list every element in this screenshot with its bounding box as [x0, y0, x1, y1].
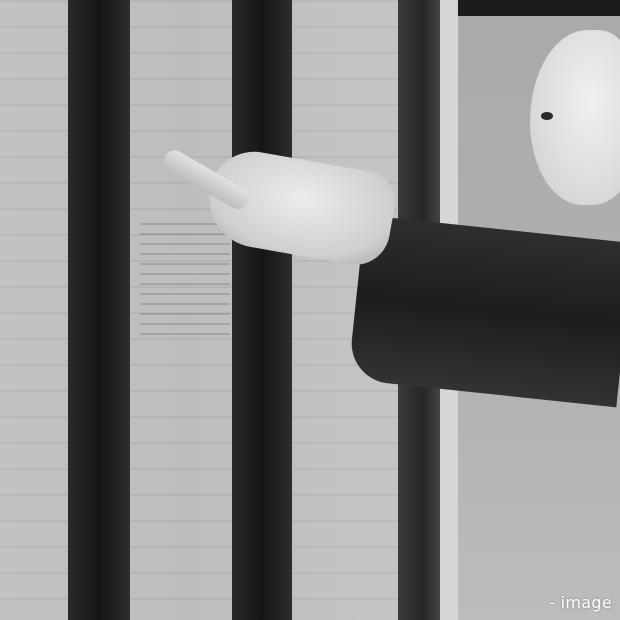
dark-bar-left: [68, 0, 130, 620]
person-eye: [541, 112, 553, 120]
watermark-label: - image: [549, 593, 612, 612]
dark-bar-middle: [232, 0, 292, 620]
posted-document: [140, 215, 230, 335]
photo: - image: [0, 0, 620, 620]
dark-sleeve: [348, 215, 620, 407]
top-shadow: [458, 0, 620, 16]
